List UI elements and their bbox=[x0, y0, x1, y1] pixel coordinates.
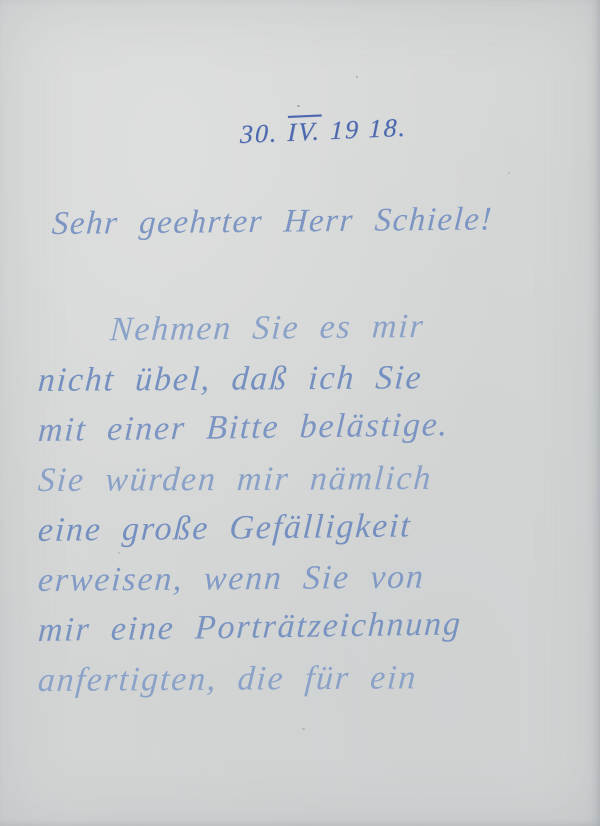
body-line-2: nicht übel, daß ich Sie bbox=[36, 352, 591, 406]
paper-speck bbox=[508, 172, 510, 174]
body-line-8: anfertigten, die für ein bbox=[36, 652, 591, 706]
paper-speck bbox=[297, 105, 300, 107]
date-month-roman: IV. bbox=[287, 116, 321, 147]
paper-speck bbox=[356, 76, 358, 78]
date-year: 19 18. bbox=[330, 113, 408, 145]
body-line-7: mir eine Porträtzeichnung bbox=[37, 597, 592, 656]
body-line-3: mit einer Bitte belästige. bbox=[37, 398, 592, 456]
body-line-1: Nehmen Sie es mir bbox=[37, 300, 592, 356]
paper-speck bbox=[302, 728, 305, 730]
date-day: 30. bbox=[240, 118, 279, 149]
body-line-4: Sie würden mir nämlich bbox=[36, 453, 591, 506]
body-line-5: eine große Gefälligkeit bbox=[37, 499, 592, 556]
salutation: Sehr geehrter Herr Schiele! bbox=[51, 201, 494, 243]
letter-paper: 30.IV.19 18. Sehr geehrter Herr Schiele!… bbox=[0, 0, 600, 826]
letter-body: Nehmen Sie es mir nicht übel, daß ich Si… bbox=[38, 306, 590, 706]
paper-speck bbox=[118, 552, 120, 554]
letter-date: 30.IV.19 18. bbox=[240, 112, 417, 150]
